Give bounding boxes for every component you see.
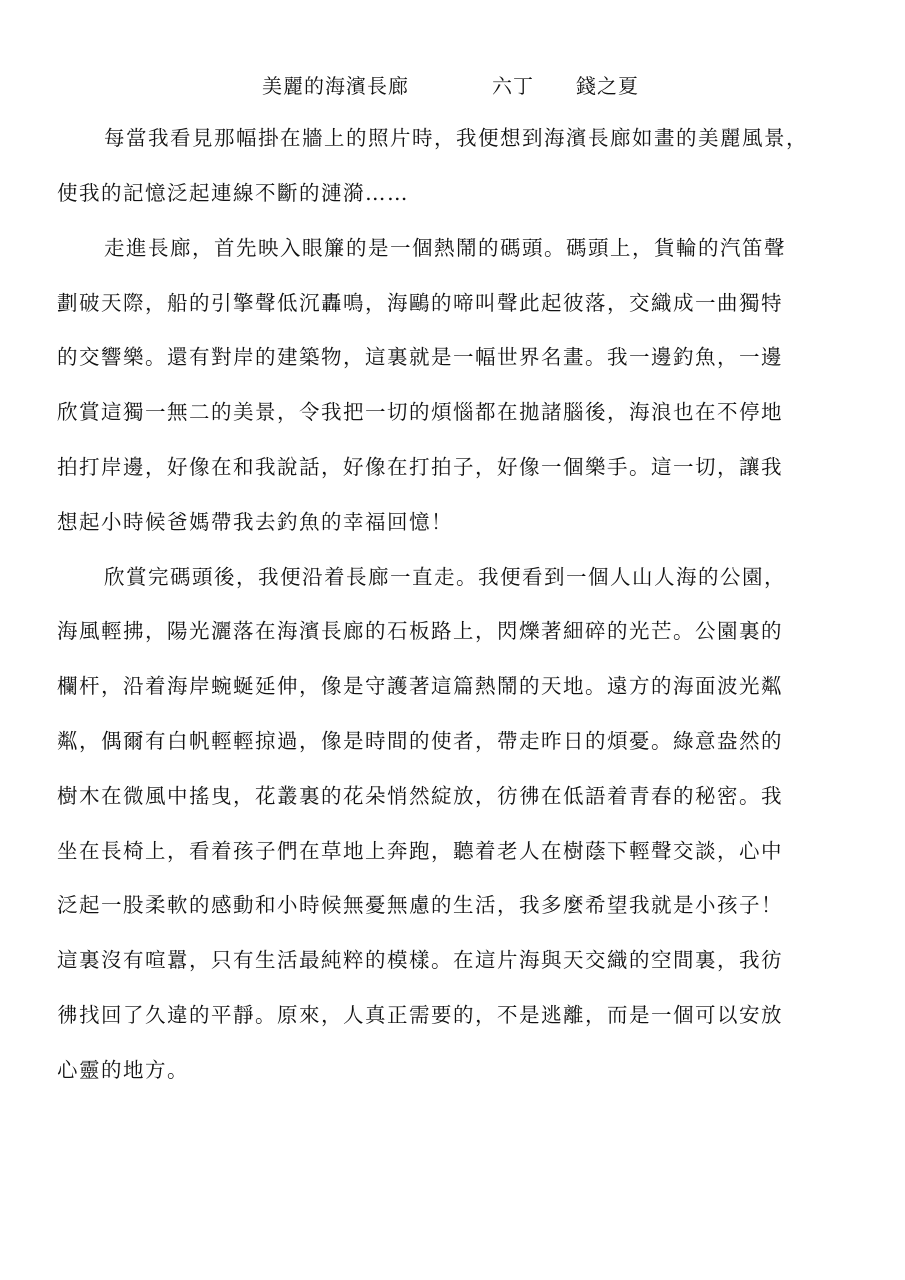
text-line: 欄杆，沿着海岸蜿蜒延伸，像是守護著這篇熱鬧的天地。遠方的海面波光粼 [57,671,857,701]
text-line: 欣賞完碼頭後，我便沿着長廊一直走。我便看到一個人山人海的公園， [104,562,904,592]
text-line: 海風輕拂，陽光灑落在海濱長廊的石板路上，閃爍著細碎的光芒。公園裏的 [57,616,857,646]
text-line: 想起小時候爸媽帶我去釣魚的幸福回憶！ [57,507,857,537]
title-row: 美麗的海濱長廊 六丁 錢之夏 [0,70,905,100]
text-line: 坐在長椅上，看着孩子們在草地上奔跑，聽着老人在樹蔭下輕聲交談，心中 [57,836,857,866]
text-line: 泛起一股柔軟的感動和小時候無憂無慮的生活，我多麼希望我就是小孩子！ [57,890,857,920]
text-line: 劃破天際，船的引擎聲低沉轟鳴，海鷗的啼叫聲此起彼落，交織成一曲獨特 [57,288,857,318]
class-label: 六丁 [492,70,534,99]
essay-title: 美麗的海濱長廊 [262,70,409,99]
text-line: 走進長廊，首先映入眼簾的是一個熱鬧的碼頭。碼頭上，貨輪的汽笛聲 [104,233,904,263]
text-line: 彿找回了久違的平靜。原來，人真正需要的，不是逃離，而是一個可以安放 [57,1000,857,1030]
text-line: 使我的記憶泛起連線不斷的漣漪…… [57,178,857,208]
text-line: 欣賞這獨一無二的美景，令我把一切的煩惱都在拋諸腦後，海浪也在不停地 [57,397,857,427]
text-line: 這裏沒有喧囂，只有生活最純粹的模樣。在這片海與天交織的空間裏，我彷 [57,945,857,975]
document-page: 美麗的海濱長廊 六丁 錢之夏 每當我看見那幅掛在牆上的照片時，我便想到海濱長廊如… [0,0,905,1280]
author-name: 錢之夏 [576,70,639,99]
text-line: 每當我看見那幅掛在牆上的照片時，我便想到海濱長廊如畫的美麗風景， [104,123,904,153]
text-line: 心靈的地方。 [57,1055,857,1085]
text-line: 樹木在微風中搖曳，花叢裏的花朵悄然綻放，彷彿在低語着青春的秘密。我 [57,781,857,811]
text-line: 的交響樂。還有對岸的建築物，這裏就是一幅世界名畫。我一邊釣魚，一邊 [57,342,857,372]
text-line: 粼，偶爾有白帆輕輕掠過，像是時間的使者，帶走昨日的煩憂。綠意盎然的 [57,726,857,756]
text-line: 拍打岸邊，好像在和我說話，好像在打拍子，好像一個樂手。這一切，讓我 [57,452,857,482]
